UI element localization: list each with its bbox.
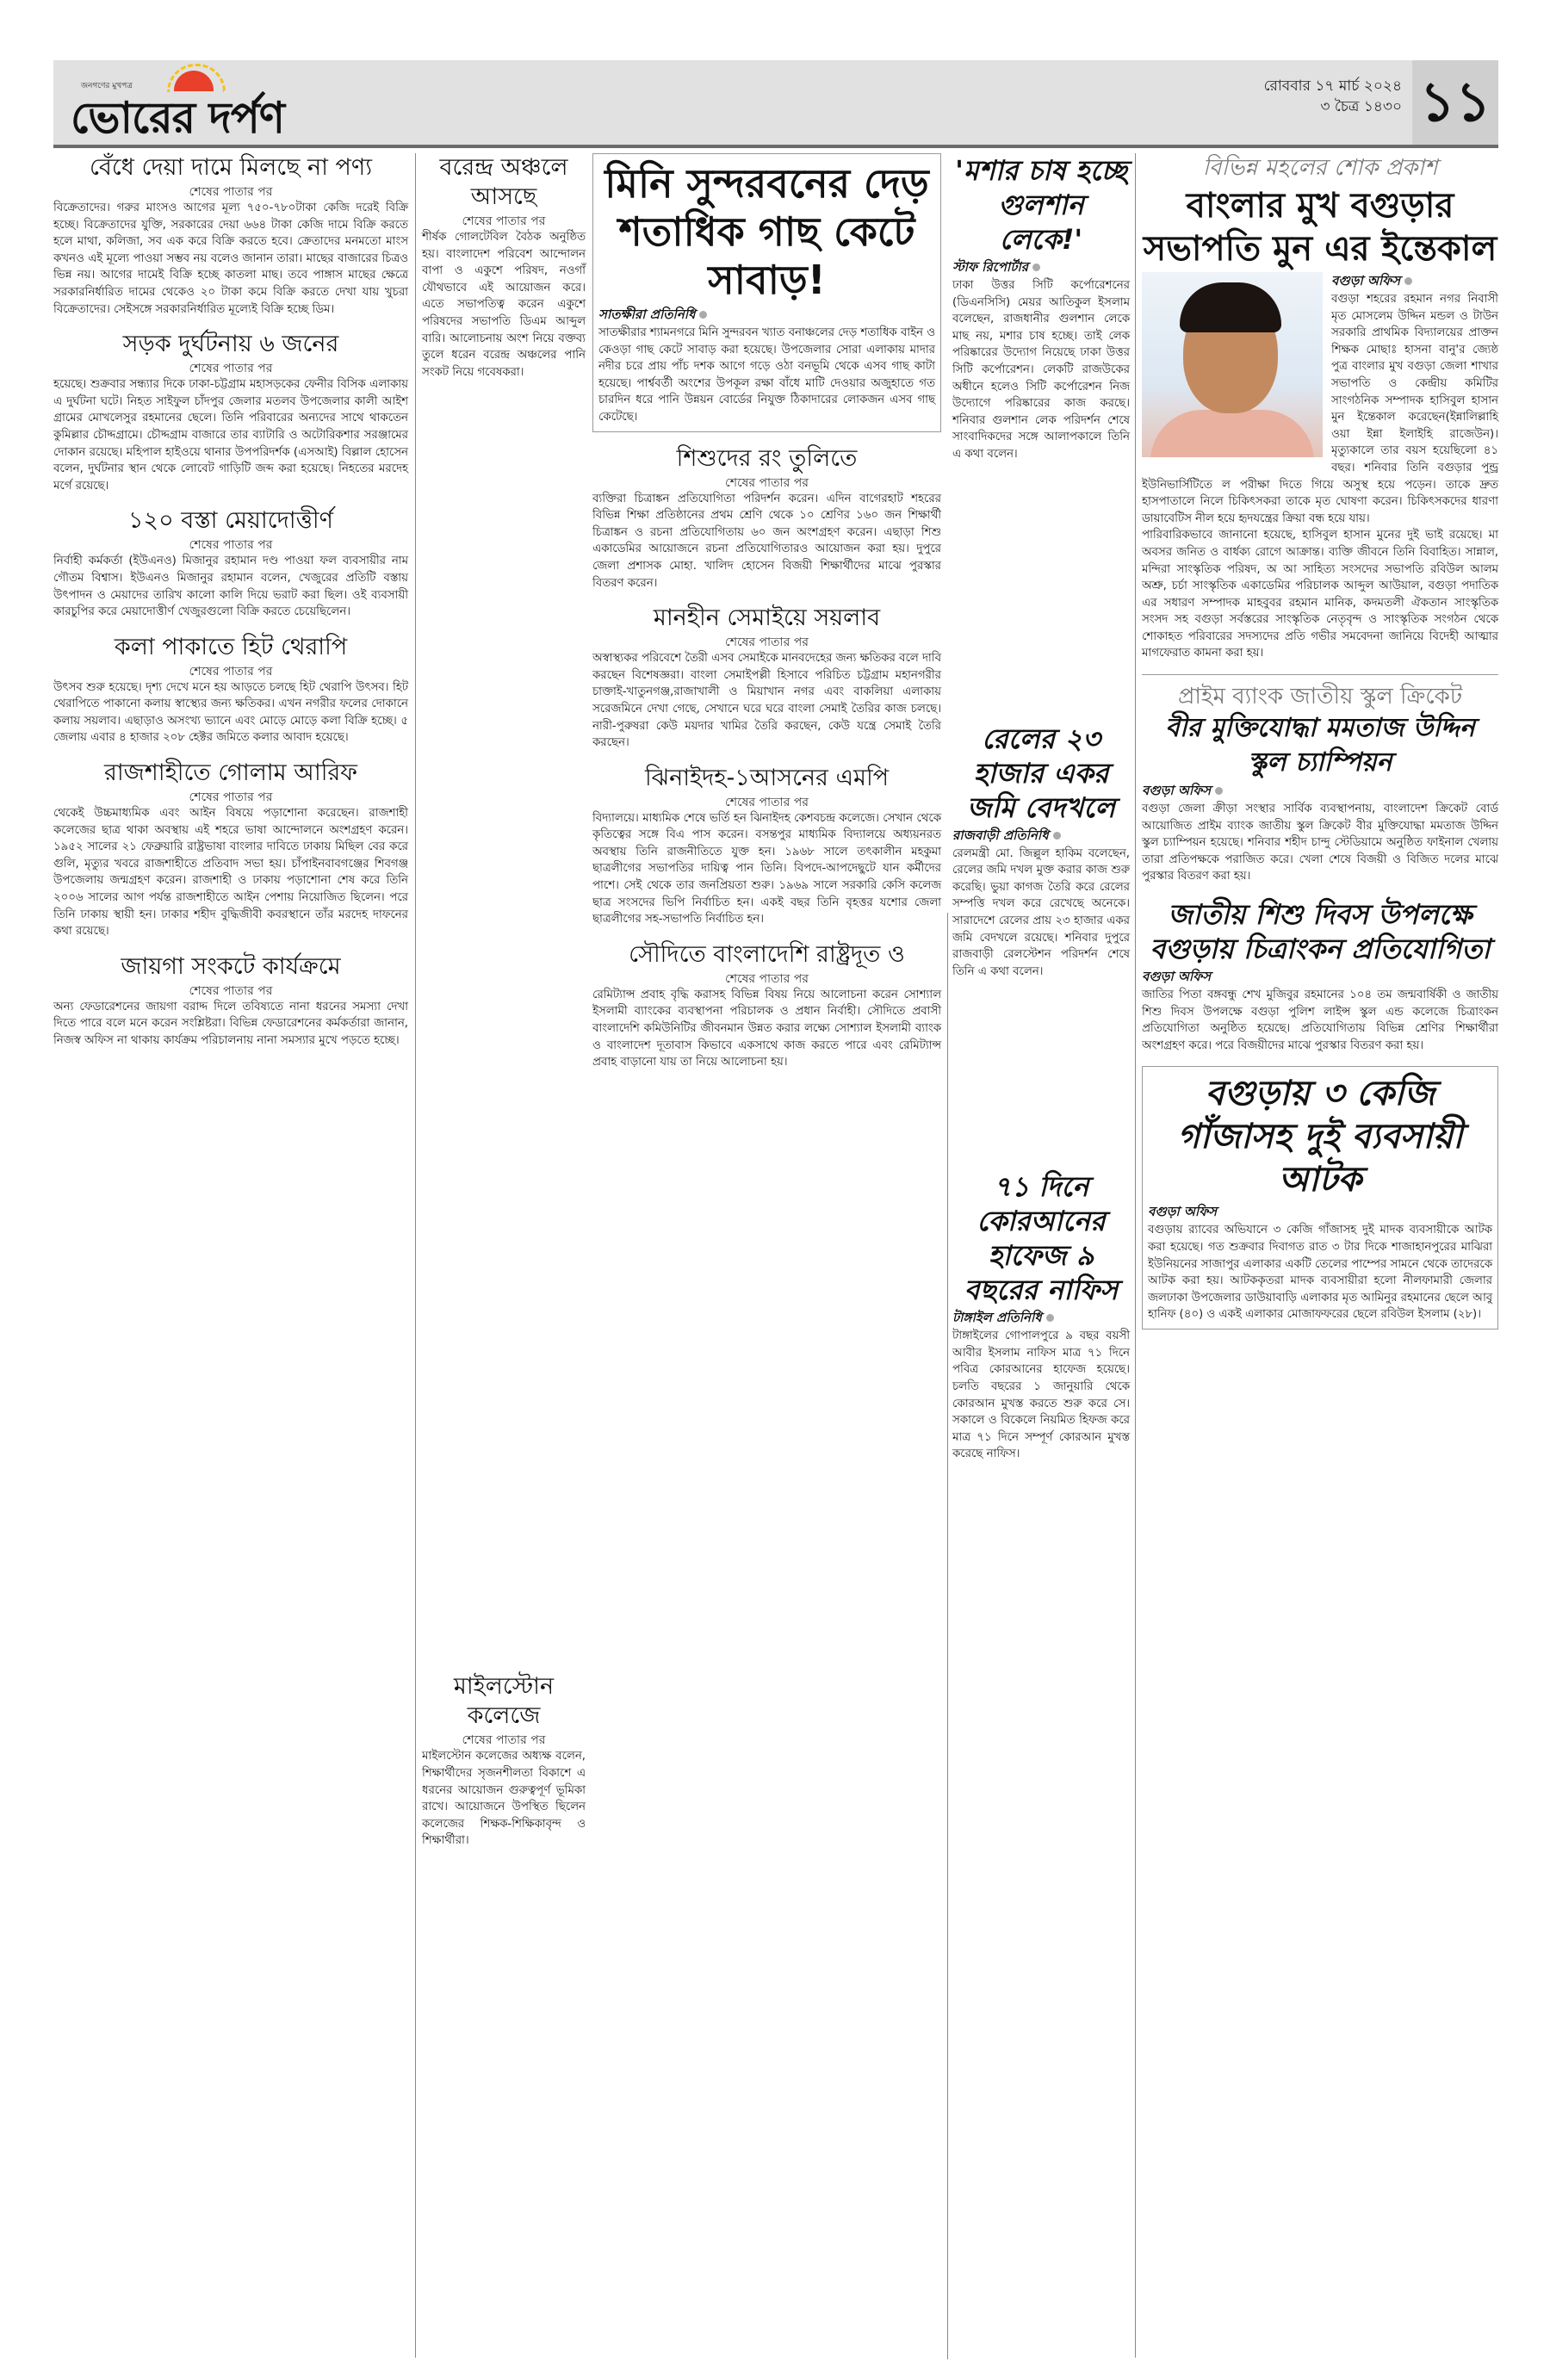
article-body: বগুড়া জেলা ক্রীড়া সংস্থার সার্বিক ব্যব… [1142, 801, 1498, 885]
continued-label: শেষের পাতার পর [53, 983, 408, 999]
headline: ১২০ বস্তা মেয়াদোত্তীর্ণ [53, 506, 408, 536]
article-body: উৎসব শুরু হয়েছে। দৃশ্য দেখে মনে হয় আড়… [53, 679, 408, 747]
article-body: রেমিট্যান্স প্রবাহ বৃদ্ধি করাসহ বিভিন্ন … [592, 987, 941, 1071]
headline: মাইলস্টোন কলেজে [422, 1672, 586, 1731]
article: সৌদিতে বাংলাদেশি রাষ্ট্রদূত ও শেষের পাতা… [592, 940, 941, 1071]
headline: 'মশার চাষ হচ্ছে গুলশান লেকে!' [952, 153, 1130, 257]
continued-label: শেষের পাতার পর [592, 795, 941, 810]
article-body: বগুড়ায় র‍্যাবের অভিযানে ৩ কেজি গাঁজাসহ… [1148, 1222, 1492, 1323]
headline: মানহীন সেমাইয়ে সয়লাব [592, 604, 941, 633]
column-2: বরেন্দ্র অঞ্চলে আসছে শেষের পাতার পর শীর্… [422, 153, 586, 1862]
article: মাইলস্টোন কলেজে শেষের পাতার পর মাইলস্টোন… [422, 1672, 586, 1850]
article: শিশুদের রং তুলিতে শেষের পাতার পর ব্যক্তি… [592, 444, 941, 592]
column-divider [415, 153, 416, 2358]
article: 'মশার চাষ হচ্ছে গুলশান লেকে!' স্টাফ রিপো… [952, 153, 1130, 463]
divider [1142, 674, 1498, 675]
article-boxed: বগুড়ায় ৩ কেজি গাঁজাসহ দুই ব্যবসায়ী আট… [1142, 1066, 1498, 1329]
article: প্রাইম ব্যাংক জাতীয় স্কুল ক্রিকেট বীর ম… [1142, 682, 1498, 885]
article-body: বিদ্যালয়ে। মাধ্যমিক শেষে ভর্তি হন ঝিনাই… [592, 810, 941, 928]
kicker: প্রাইম ব্যাংক জাতীয় স্কুল ক্রিকেট [1142, 682, 1498, 711]
continued-label: শেষের পাতার পর [422, 1732, 586, 1748]
headline: বেঁধে দেয়া দামে মিলছে না পণ্য [53, 153, 408, 183]
continued-label: শেষের পাতার পর [53, 184, 408, 200]
headline: রেলের ২৩ হাজার একর জমি বেদখলে [952, 722, 1130, 825]
article: মানহীন সেমাইয়ে সয়লাব শেষের পাতার পর অস… [592, 604, 941, 752]
byline: সাতক্ষীরা প্রতিনিধি [598, 306, 935, 323]
article-featured: মিনি সুন্দরবনের দেড় শতাধিক গাছ কেটে সাব… [592, 153, 941, 432]
headline: সড়ক দুর্ঘটনায় ৬ জনের [53, 330, 408, 359]
article-body: অন্য ফেডারেশনের জায়গা বরাদ্দ দিলে তবিষ্… [53, 999, 408, 1050]
headline: শিশুদের রং তুলিতে [592, 444, 941, 474]
headline: বাংলার মুখ বগুড়ার সভাপতি মুন এর ইন্তেকা… [1142, 184, 1498, 270]
article-body: অস্বাস্থ্যকর পরিবেশে তৈরী এসব সেমাইকে মা… [592, 650, 941, 752]
article: রেলের ২৩ হাজার একর জমি বেদখলে রাজবাড়ী প… [952, 722, 1130, 981]
headline: জাতীয় শিশু দিবস উপলক্ষে বগুড়ায় চিত্রা… [1142, 897, 1498, 966]
date-bengali: ৩ চৈত্র ১৪৩০ [1264, 96, 1402, 117]
article-body: টাঙ্গাইলের গোপালপুরে ৯ বছর বয়সী আবীর ইস… [952, 1328, 1130, 1463]
article-obituary: বিভিন্ন মহলের শোক প্রকাশ বাংলার মুখ বগুড… [1142, 153, 1498, 662]
article: ৭১ দিনে কোরআনের হাফেজ ৯ বছরের নাফিস টাঙ্… [952, 1169, 1130, 1463]
article-body-continued: পারিবারিকভাবে জানানো হয়েছে, হাসিবুল হাস… [1142, 527, 1498, 662]
bullet-icon [699, 311, 707, 319]
headline: কলা পাকাতে হিট থেরাপি [53, 633, 408, 662]
headline: ৭১ দিনে কোরআনের হাফেজ ৯ বছরের নাফিস [952, 1169, 1130, 1307]
article: সড়ক দুর্ঘটনায় ৬ জনের শেষের পাতার পর হয… [53, 330, 408, 494]
article-body: জাতির পিতা বঙ্গবন্ধু শেখ মুজিবুর রহমানের… [1142, 987, 1498, 1054]
bullet-icon [1404, 277, 1412, 285]
article-body: সাতক্ষীরার শ্যামনগরে মিনি সুন্দরবন খ্যাত… [598, 325, 935, 426]
byline: বগুড়া অফিস [1142, 782, 1498, 799]
headline: বগুড়ায় ৩ কেজি গাঁজাসহ দুই ব্যবসায়ী আট… [1148, 1072, 1492, 1201]
byline: স্টাফ রিপোর্টার [952, 258, 1130, 276]
article: জাতীয় শিশু দিবস উপলক্ষে বগুড়ায় চিত্রা… [1142, 897, 1498, 1054]
continued-label: শেষের পাতার পর [53, 790, 408, 805]
article-body: ব্যক্তিরা চিত্রাঙ্কন প্রতিযোগিতা পরিদর্শ… [592, 491, 941, 592]
article: বরেন্দ্র অঞ্চলে আসছে শেষের পাতার পর শীর্… [422, 153, 586, 381]
article: জায়গা সংকটে কার্যক্রমে শেষের পাতার পর অ… [53, 952, 408, 1050]
bullet-icon [1215, 787, 1223, 795]
article-body: রেলমন্ত্রী মো. জিল্লুল হাকিম বলেছেন, রেল… [952, 846, 1130, 981]
headline: সৌদিতে বাংলাদেশি রাষ্ট্রদূত ও [592, 940, 941, 970]
article: কলা পাকাতে হিট থেরাপি শেষের পাতার পর উৎস… [53, 633, 408, 747]
continued-label: শেষের পাতার পর [53, 537, 408, 553]
article: ঝিনাইদহ-১আসনের এমপি শেষের পাতার পর বিদ্য… [592, 764, 941, 928]
headline: রাজশাহীতে গোলাম আরিফ [53, 759, 408, 788]
byline: বগুড়া অফিস [1142, 968, 1498, 985]
page-number: ১১ [1412, 60, 1498, 145]
byline: রাজবাড়ী প্রতিনিধি [952, 827, 1130, 844]
headline: বীর মুক্তিযোদ্ধা মমতাজ উদ্দিন স্কুল চ্যা… [1142, 711, 1498, 780]
headline: বরেন্দ্র অঞ্চলে আসছে [422, 153, 586, 212]
continued-label: শেষের পাতার পর [53, 664, 408, 679]
article-body: নির্বাহী কর্মকর্তা (ইউএনও) মিজানুর রহামা… [53, 553, 408, 620]
column-divider [947, 913, 948, 2359]
headline: জায়গা সংকটে কার্যক্রমে [53, 952, 408, 982]
date-gregorian: রোববার ১৭ মার্চ ২০২৪ [1264, 76, 1402, 96]
masthead: জনগণের মুখপত্র ভোরের দর্পণ রোববার ১৭ মার… [53, 60, 1498, 148]
column-3: মিনি সুন্দরবনের দেড় শতাধিক গাছ কেটে সাব… [592, 153, 941, 1083]
article-body: ঢাকা উত্তর সিটি কর্পোরেশনের (ডিএনসিসি) ম… [952, 277, 1130, 463]
article: রাজশাহীতে গোলাম আরিফ শেষের পাতার পর থেকে… [53, 759, 408, 940]
bullet-icon [1046, 1314, 1054, 1322]
article-body: বিক্রেতাদের। গরুর মাংসও আগের মূল্য ৭৫০-৭… [53, 200, 408, 318]
byline: টাঙ্গাইল প্রতিনিধি [952, 1309, 1130, 1326]
column-1: বেঁধে দেয়া দামে মিলছে না পণ্য শেষের পাত… [53, 153, 408, 1062]
continued-label: শেষের পাতার পর [592, 475, 941, 491]
kicker: বিভিন্ন মহলের শোক প্রকাশ [1142, 153, 1498, 183]
newspaper-name: ভোরের দর্পণ [71, 86, 284, 158]
headline: মিনি সুন্দরবনের দেড় শতাধিক গাছ কেটে সাব… [598, 159, 935, 304]
article: ১২০ বস্তা মেয়াদোত্তীর্ণ শেষের পাতার পর … [53, 506, 408, 620]
article-body: থেকেই উচ্চমাধ্যমিক এবং আইন বিষয়ে পড়াশো… [53, 805, 408, 940]
column-5: বিভিন্ন মহলের শোক প্রকাশ বাংলার মুখ বগুড… [1142, 153, 1498, 1342]
article: বেঁধে দেয়া দামে মিলছে না পণ্য শেষের পাত… [53, 153, 408, 318]
article-body: মাইলস্টোন কলেজের অধ্যক্ষ বলেন, শিক্ষার্থ… [422, 1748, 586, 1850]
column-divider [1135, 153, 1136, 2358]
byline: বগুড়া অফিস [1148, 1203, 1492, 1220]
headline: ঝিনাইদহ-১আসনের এমপি [592, 764, 941, 793]
continued-label: শেষের পাতার পর [592, 635, 941, 650]
date-block: রোববার ১৭ মার্চ ২০২৪ ৩ চৈত্র ১৪৩০ [1264, 76, 1402, 117]
column-4: 'মশার চাষ হচ্ছে গুলশান লেকে!' স্টাফ রিপো… [952, 153, 1130, 1475]
bullet-icon [1053, 832, 1061, 840]
article-body: শীর্ষক গোলটেবিল বৈঠক অনুষ্ঠিত হয়। বাংলা… [422, 229, 586, 381]
bullet-icon [1032, 263, 1040, 271]
continued-label: শেষের পাতার পর [592, 971, 941, 987]
continued-label: শেষের পাতার পর [53, 361, 408, 376]
portrait-photo [1142, 272, 1323, 457]
article-body: হয়েছে। শুক্রবার সন্ধ্যার দিকে ঢাকা-চট্ট… [53, 376, 408, 494]
continued-label: শেষের পাতার পর [422, 214, 586, 229]
